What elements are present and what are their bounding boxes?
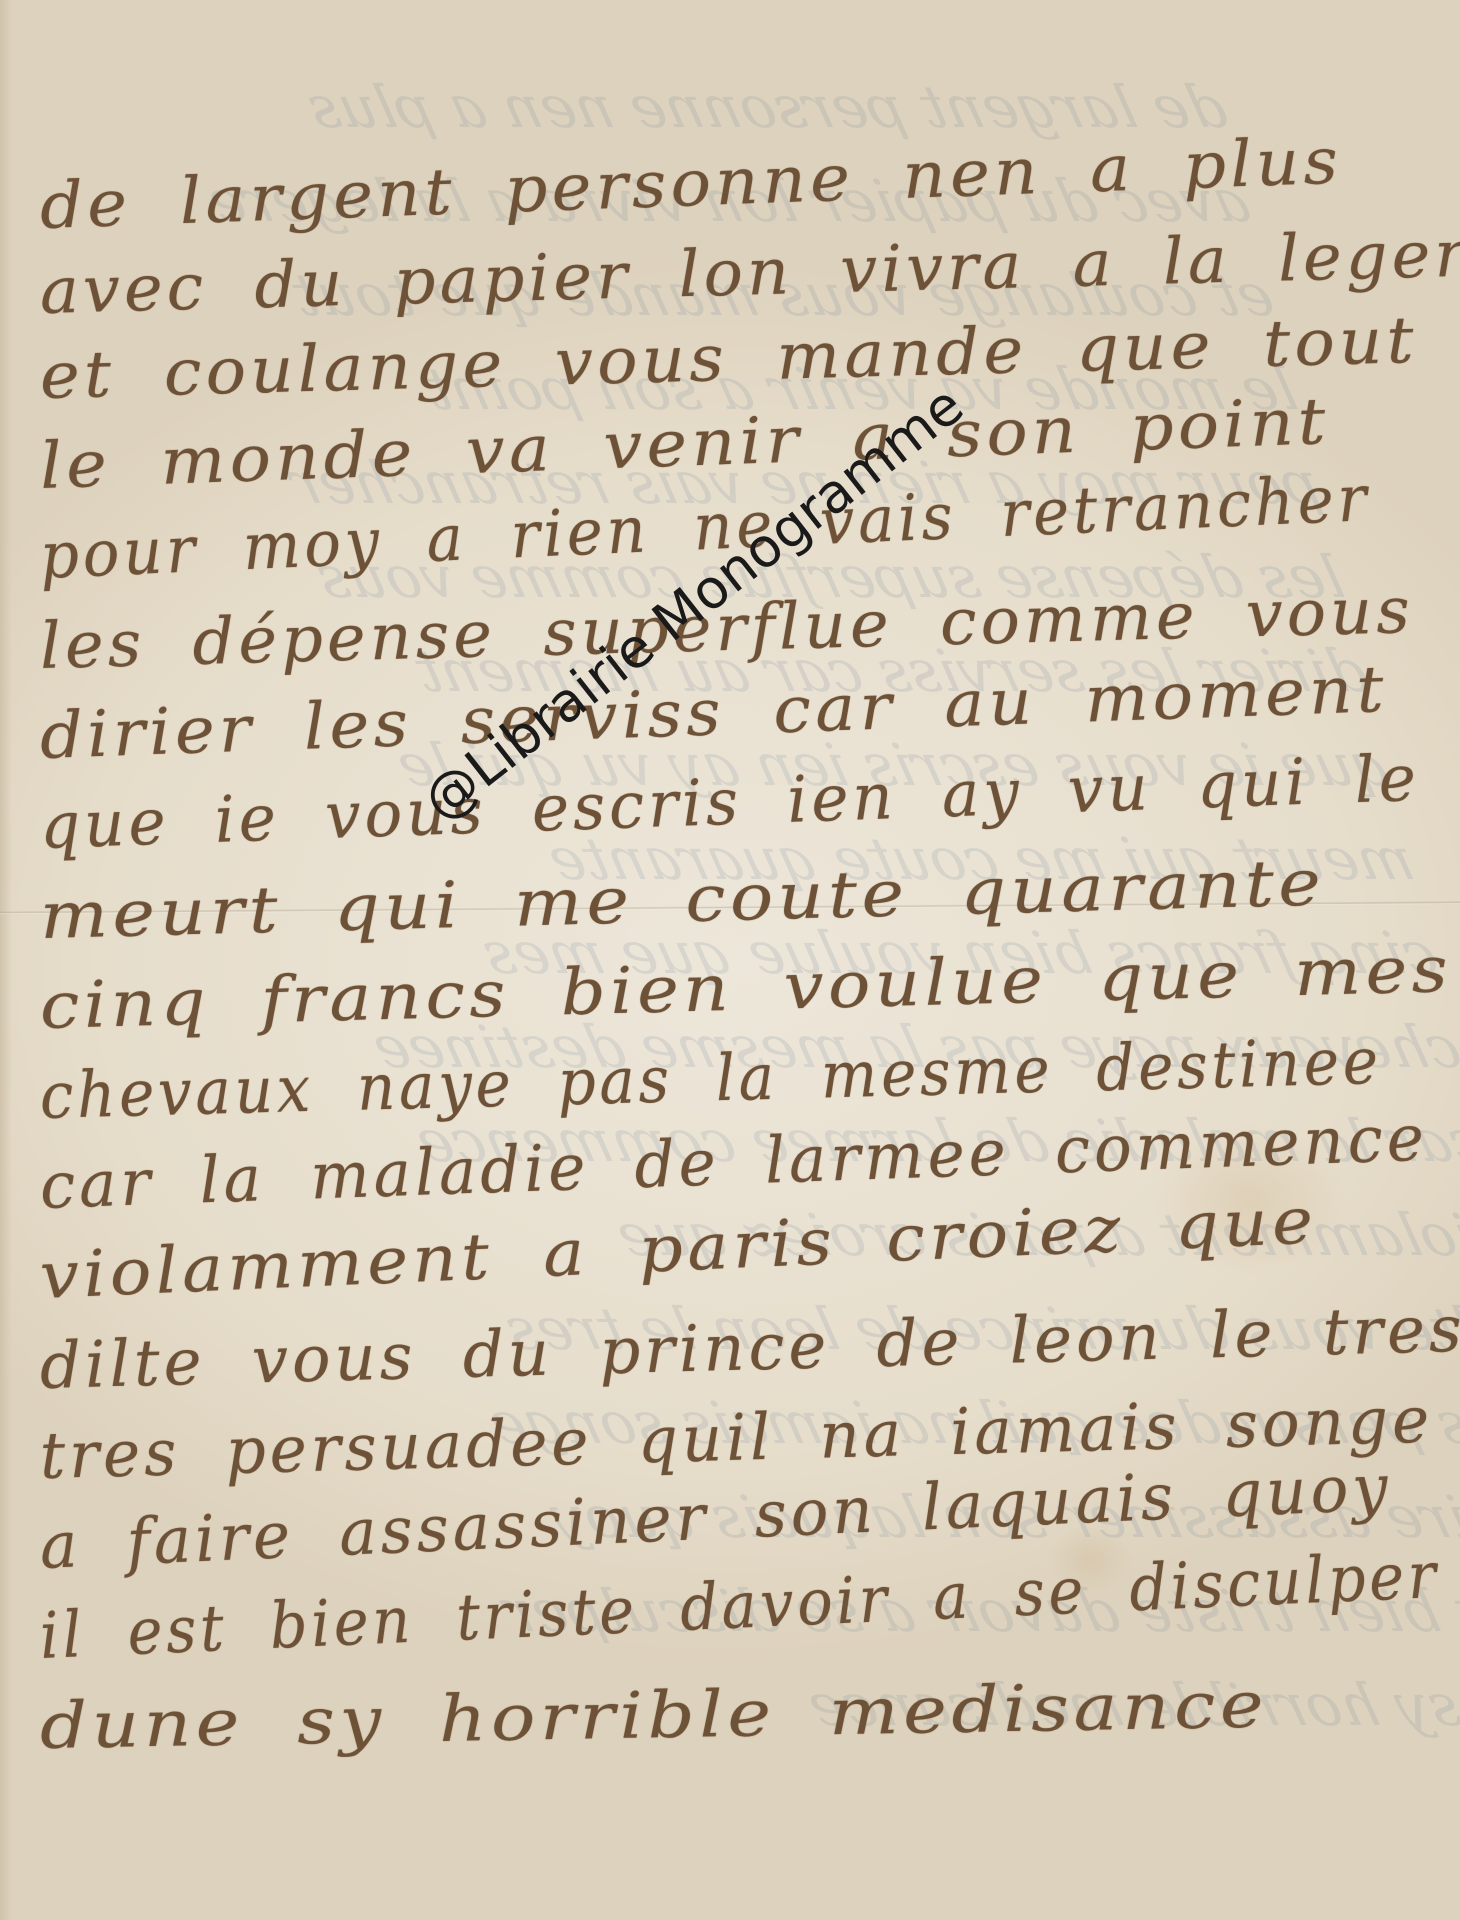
manuscript-page: de largent personne nen a plus avec du p… — [0, 0, 1460, 1920]
text-line-9: meurt qui me coute quarante — [39, 846, 1326, 954]
text-line-18: dune sy horrible medisance — [39, 1669, 1268, 1764]
text-line-10: cinq francs bien voulue que mes — [39, 933, 1453, 1044]
text-line-14: dilte vous du prince de leon le tres — [39, 1293, 1460, 1404]
page-left-edge — [0, 0, 12, 1920]
